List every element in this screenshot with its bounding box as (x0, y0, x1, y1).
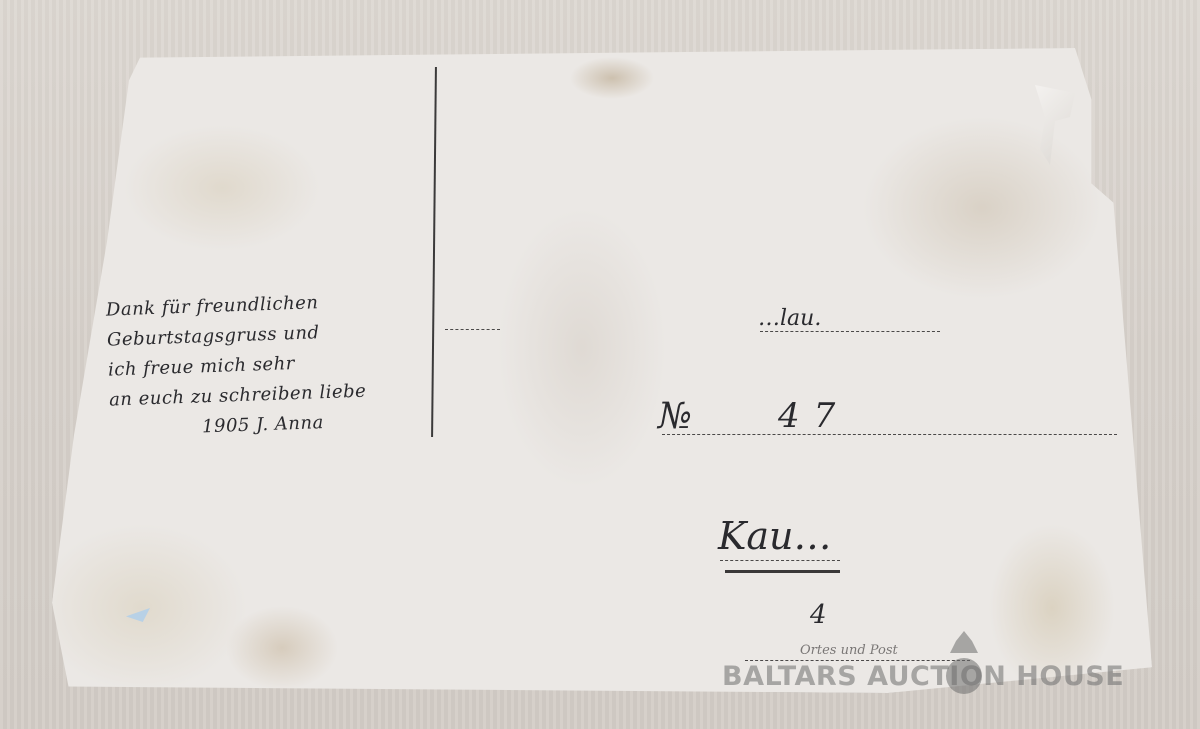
watermark-text: BALTARS AUCTION HOUSE (722, 661, 1124, 692)
address-line-3 (720, 560, 840, 561)
address-line-4-prefix: 4 (810, 600, 827, 630)
number-label: № (658, 396, 692, 437)
address-line-2 (662, 434, 1117, 435)
handwritten-message: Dank für freundlichen Geburtstagsgruss u… (105, 284, 430, 445)
printed-label-ortes: Ortes und Post (800, 643, 898, 658)
address-line-3-text: Kau… (718, 514, 832, 558)
address-line-1b (760, 331, 940, 332)
address-line-1-text: …lau. (758, 306, 821, 331)
address-line-1 (445, 329, 500, 330)
underline-stroke (725, 570, 840, 573)
number-value: 47 (778, 396, 849, 436)
